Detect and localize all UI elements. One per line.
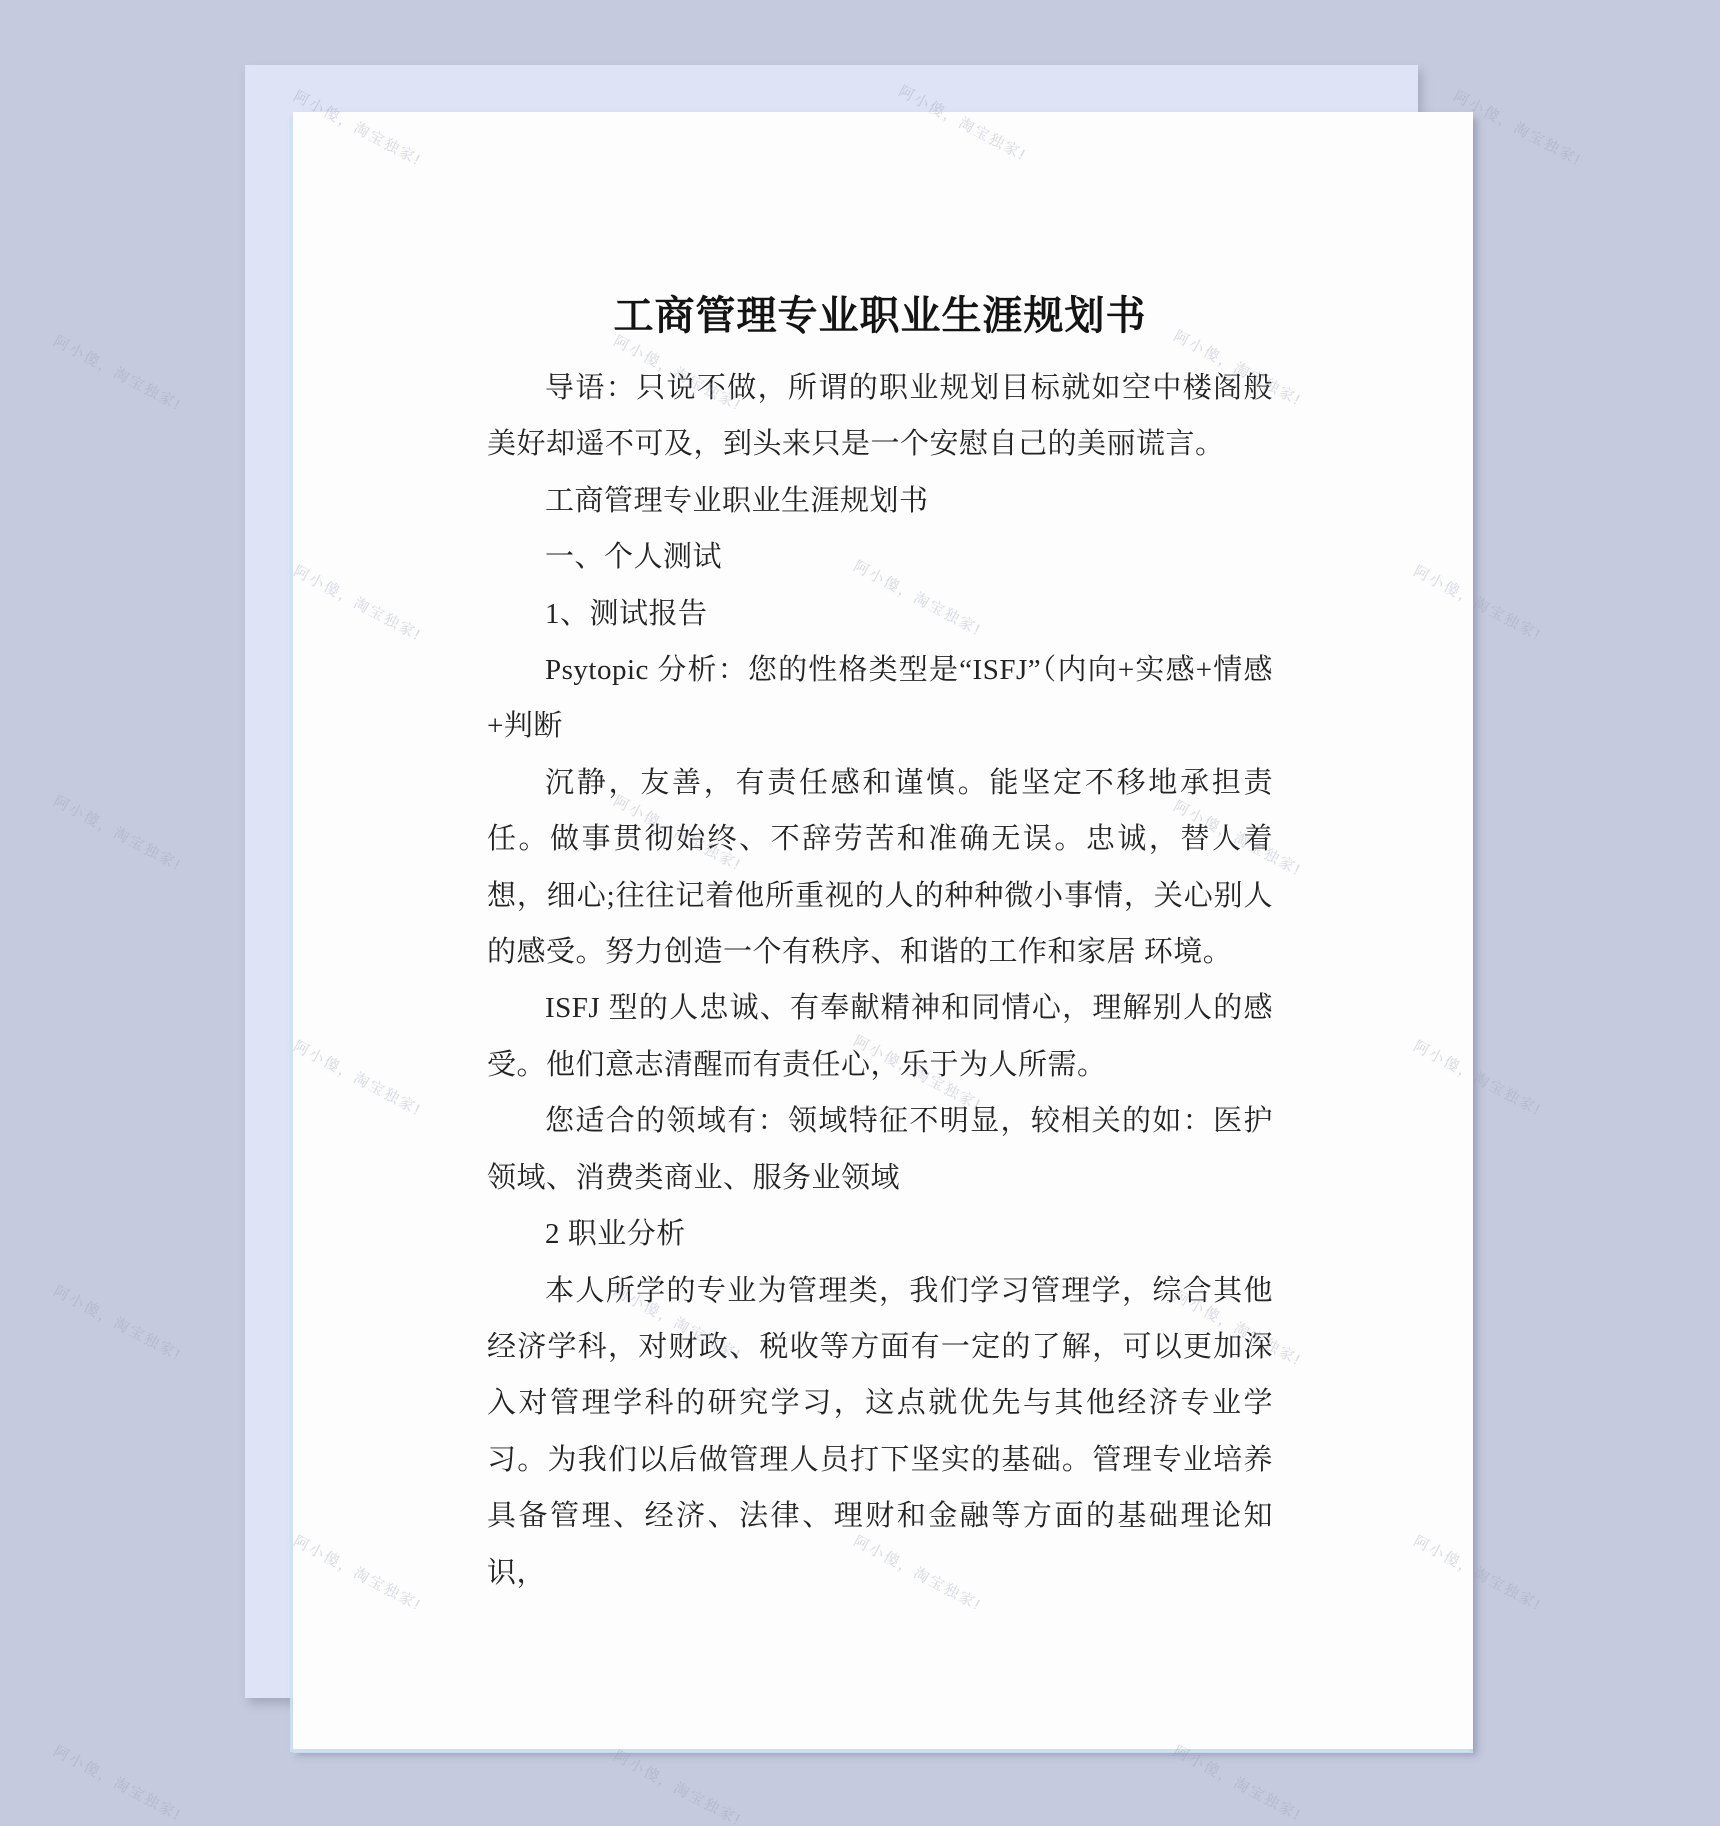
- document-title: 工商管理专业职业生涯规划书: [487, 292, 1273, 340]
- paragraph: 导语：只说不做，所谓的职业规划目标就如空中楼阁般美好却遥不可及，到头来只是一个安…: [487, 360, 1273, 473]
- paragraph: ISFJ 型的人忠诚、有奉献精神和同情心，理解别人的感受。他们意志清醒而有责任心…: [487, 980, 1273, 1093]
- watermark-text: 阿小傻，淘宝独家!: [50, 1280, 185, 1365]
- paragraph: 2 职业分析: [487, 1206, 1273, 1262]
- document-body: 导语：只说不做，所谓的职业规划目标就如空中楼阁般美好却遥不可及，到头来只是一个安…: [487, 360, 1273, 1601]
- document-page: 工商管理专业职业生涯规划书 导语：只说不做，所谓的职业规划目标就如空中楼阁般美好…: [293, 112, 1473, 1749]
- paragraph: 本人所学的专业为管理类，我们学习管理学，综合其他经济学科，对财政、税收等方面有一…: [487, 1263, 1273, 1601]
- watermark-text: 阿小傻，淘宝独家!: [610, 1745, 745, 1826]
- canvas-background: 工商管理专业职业生涯规划书 导语：只说不做，所谓的职业规划目标就如空中楼阁般美好…: [0, 0, 1720, 1826]
- paragraph: 工商管理专业职业生涯规划书: [487, 473, 1273, 529]
- watermark-text: 阿小傻，淘宝独家!: [50, 790, 185, 875]
- paragraph: 1、测试报告: [487, 586, 1273, 642]
- paragraph: 沉静，友善，有责任感和谨慎。能坚定不移地承担责任。做事贯彻始终、不辞劳苦和准确无…: [487, 755, 1273, 981]
- paragraph: 您适合的领域有：领域特征不明显，较相关的如：医护领域、消费类商业、服务业领域: [487, 1093, 1273, 1206]
- paragraph: 一、个人测试: [487, 529, 1273, 585]
- watermark-text: 阿小傻，淘宝独家!: [50, 1740, 185, 1825]
- watermark-text: 阿小傻，淘宝独家!: [50, 330, 185, 415]
- watermark-text: 阿小傻，淘宝独家!: [1170, 1740, 1305, 1825]
- paragraph: Psytopic 分析：您的性格类型是“ISFJ”（内向+实感+情感+判断: [487, 642, 1273, 755]
